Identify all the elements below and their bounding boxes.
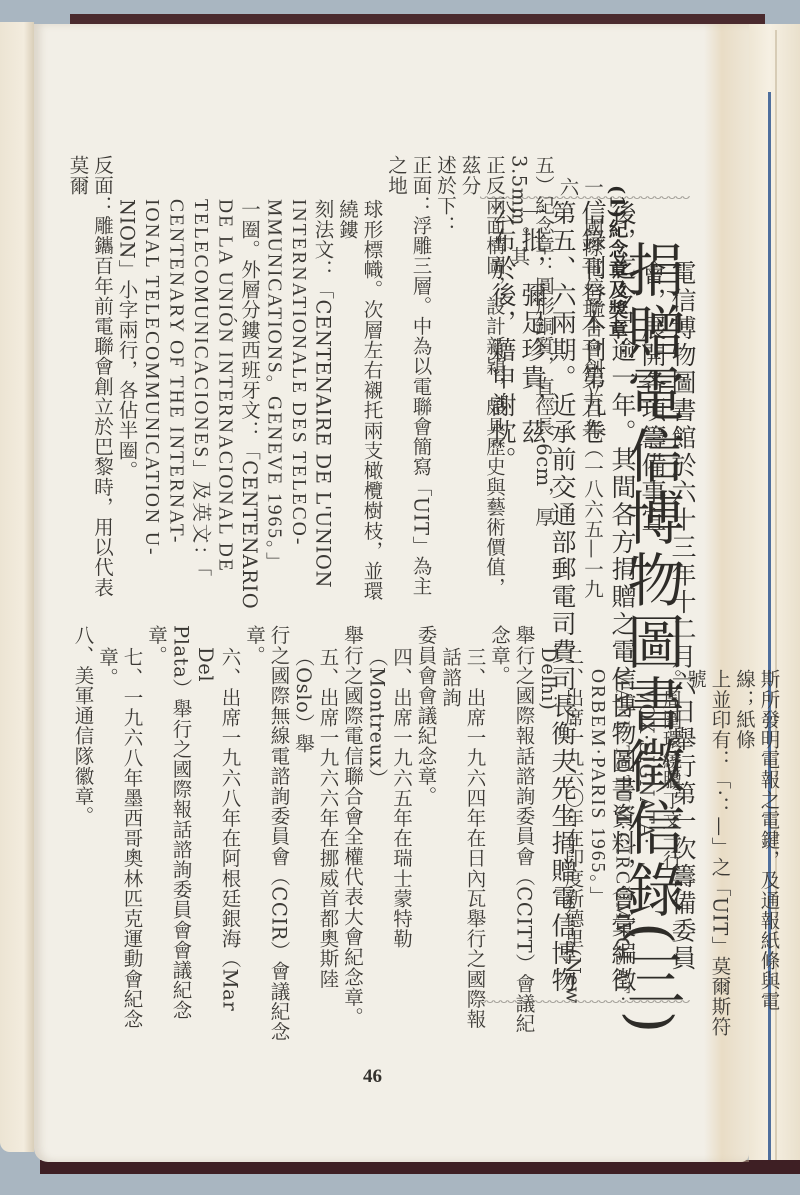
previous-page-edge	[0, 22, 34, 1152]
body-line: ORBEM·PARIS 1965。」	[585, 625, 610, 1045]
list-item: 二、出席一九六〇年在印度新德里(New Delhi)	[536, 625, 585, 1045]
list-item: 委員會會議紀念章。	[413, 625, 438, 1045]
body-line: 。周圍環繞臘丁文一行：「VOX·SIGNATA·	[634, 625, 683, 1045]
body-line: 上並印有：「·：—」之「UIT」莫爾斯符號	[683, 625, 732, 1045]
list-item: 八、美軍通信隊徽章。	[70, 625, 95, 1045]
body-line: 反面：雕鑴百年前電聯會創立於巴黎時，用以代表莫爾	[65, 155, 114, 615]
list-item: 七、一九六八年墨西哥奧林匹克運動會紀念章。	[95, 625, 144, 1045]
body-line: MANU·TOTUM·CIRCUMVOLAT·	[609, 625, 634, 1045]
body-line: 刻法文：「CENTENAIRE DE L'UNION	[310, 155, 335, 615]
body-line: TELECOMUNICACIONES」及英文：「	[188, 155, 213, 615]
medal-description-upper: (1)紀念章及獎章： 一、國際電信聯合會創立百年（一八六五—一九六 五）紀念章：…	[65, 155, 629, 615]
body-line: 球形標幟。次層左右襯托兩支橄欖樹枝，並環繞鏤	[335, 155, 384, 615]
list-item: 舉行之國際電信聯合會全權代表大會紀念章。	[340, 625, 365, 1045]
body-line: 一、國際電信聯合會創立百年（一八六五—一九六	[555, 155, 604, 615]
body-line: INTERNATIONALE DES TELECO-	[286, 155, 311, 615]
book-cover-bottom-edge	[40, 1160, 800, 1174]
body-line: IONAL TELECOMMUNICATION U-	[139, 155, 164, 615]
body-line: 一圈。外層分鏤西班牙文：「CENTENARIO	[237, 155, 262, 615]
body-line: CENTENARY OF THE INTERNAT-	[163, 155, 188, 615]
list-item: 三、出席一九六四年在日內瓦舉行之國際報話諮詢	[438, 625, 487, 1045]
list-item: 行之國際無線電諮詢委員會（CCIR）會議紀念章。	[242, 625, 291, 1045]
body-line: 述於下：	[433, 155, 458, 615]
list-item: 五、出席一九六六年在挪威首都奧斯陸（Oslo）舉	[291, 625, 340, 1045]
body-line: 斯所發明電報之電鍵，及通報紙條與電線；紙條	[732, 625, 781, 1045]
section-heading: (1)紀念章及獎章：	[604, 155, 629, 615]
list-item: 六、出席一九六八年在阿根廷銀海（Mar Del	[193, 625, 242, 1045]
page-number: 46	[363, 1066, 382, 1088]
body-line: DE LA UNIÓN INTERNACIONAL DE	[212, 155, 237, 615]
background-gap	[765, 10, 800, 24]
list-item: 舉行之國際報話諮詢委員會（CCITT）會議紀念章。	[487, 625, 536, 1045]
body-line: 正面：浮雕三層。中為以電聯會簡寫「UIT」為主之地	[384, 155, 433, 615]
body-line: 正反兩面構圖，設計新穎，頗具歷史與藝術價值，茲分	[457, 155, 506, 615]
list-item: 四、出席一九六五年在瑞士蒙特勒（Montreux）	[364, 625, 413, 1045]
body-line: 五）紀念章：圓形銅質，直徑長 6cm，厚 3.5mm。其	[506, 155, 555, 615]
body-line: NION」小字兩行，各佔半圈。	[114, 155, 139, 615]
medal-description-lower: 斯所發明電報之電鍵，及通報紙條與電線；紙條 上並印有：「·：—」之「UIT」莫爾…	[70, 625, 781, 1045]
list-item: Plata）舉行之國際報話諮詢委員會會議紀念章。	[144, 625, 193, 1045]
body-line: MMUNICATIONS。GENEVE 1965。」	[261, 155, 286, 615]
